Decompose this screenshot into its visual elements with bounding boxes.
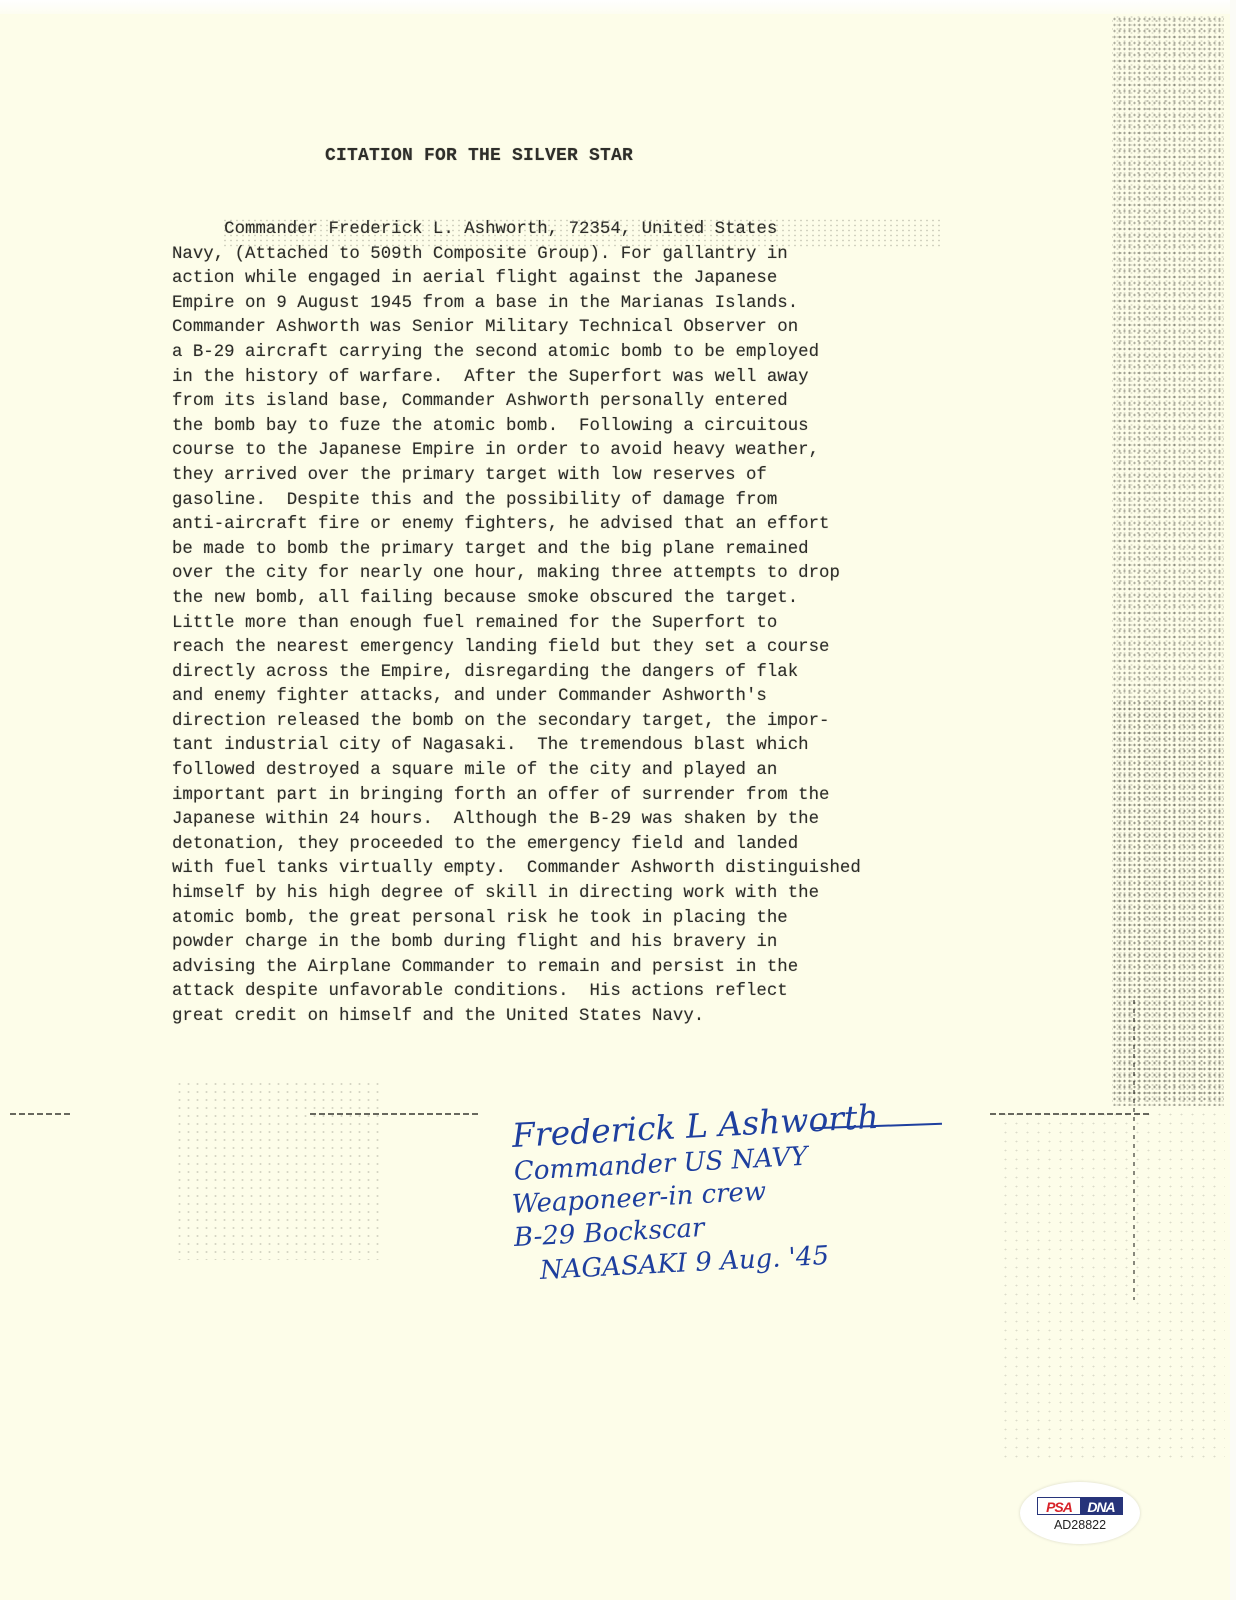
citation-line: Navy, (Attached to 509th Composite Group…	[172, 243, 992, 268]
citation-line: Commander Frederick L. Ashworth, 72354, …	[172, 218, 992, 243]
citation-title: CITATION FOR THE SILVER STAR	[325, 146, 633, 166]
citation-line: in the history of warfare. After the Sup…	[172, 366, 992, 391]
citation-line: tant industrial city of Nagasaki. The tr…	[172, 734, 992, 759]
citation-line: the new bomb, all failing because smoke …	[172, 587, 992, 612]
citation-line: over the city for nearly one hour, makin…	[172, 562, 992, 587]
authentication-sticker: PSA DNA AD28822	[1020, 1482, 1140, 1544]
citation-line: great credit on himself and the United S…	[172, 1005, 992, 1030]
citation-line: they arrived over the primary target wit…	[172, 464, 992, 489]
copy-edge-line	[10, 1113, 70, 1115]
citation-line: Little more than enough fuel remained fo…	[172, 612, 992, 637]
copy-edge-line	[310, 1113, 480, 1115]
scan-top-margin	[0, 0, 1236, 14]
photocopy-noise-left	[175, 1080, 385, 1260]
citation-line: course to the Japanese Empire in order t…	[172, 439, 992, 464]
photocopy-noise-band-lower	[1112, 700, 1224, 1100]
scan-right-margin	[1230, 0, 1236, 1600]
photocopy-noise-corner	[1000, 1110, 1225, 1460]
citation-line: detonation, they proceeded to the emerge…	[172, 833, 992, 858]
citation-line: followed destroyed a square mile of the …	[172, 759, 992, 784]
citation-line: Commander Ashworth was Senior Military T…	[172, 316, 992, 341]
citation-line: powder charge in the bomb during flight …	[172, 931, 992, 956]
citation-line: himself by his high degree of skill in d…	[172, 882, 992, 907]
citation-line: gasoline. Despite this and the possibili…	[172, 489, 992, 514]
psa-dna-logo: PSA DNA	[1037, 1497, 1123, 1515]
citation-line: be made to bomb the primary target and t…	[172, 538, 992, 563]
citation-line: direction released the bomb on the secon…	[172, 710, 992, 735]
citation-line: advising the Airplane Commander to remai…	[172, 956, 992, 981]
citation-line: atomic bomb, the great personal risk he …	[172, 907, 992, 932]
citation-line: the bomb bay to fuze the atomic bomb. Fo…	[172, 415, 992, 440]
citation-line: attack despite unfavorable conditions. H…	[172, 980, 992, 1005]
citation-line: from its island base, Commander Ashworth…	[172, 390, 992, 415]
citation-line: Japanese within 24 hours. Although the B…	[172, 808, 992, 833]
citation-body: Commander Frederick L. Ashworth, 72354, …	[172, 218, 992, 1030]
copy-edge-vertical-line	[1133, 1000, 1135, 1300]
citation-line: a B-29 aircraft carrying the second atom…	[172, 341, 992, 366]
citation-line: action while engaged in aerial flight ag…	[172, 267, 992, 292]
citation-line: directly across the Empire, disregarding…	[172, 661, 992, 686]
citation-line: anti-aircraft fire or enemy fighters, he…	[172, 513, 992, 538]
dna-logo-text: DNA	[1080, 1498, 1122, 1514]
citation-line: Empire on 9 August 1945 from a base in t…	[172, 292, 992, 317]
citation-line: with fuel tanks virtually empty. Command…	[172, 857, 992, 882]
citation-line: reach the nearest emergency landing fiel…	[172, 636, 992, 661]
handwritten-inscription: Frederick L Ashworth Commander US NAVY W…	[512, 1116, 962, 1288]
certificate-id: AD28822	[1020, 1518, 1140, 1532]
copy-edge-line	[990, 1113, 1150, 1115]
citation-line: and enemy fighter attacks, and under Com…	[172, 685, 992, 710]
citation-line: important part in bringing forth an offe…	[172, 784, 992, 809]
psa-logo-text: PSA	[1038, 1498, 1080, 1514]
